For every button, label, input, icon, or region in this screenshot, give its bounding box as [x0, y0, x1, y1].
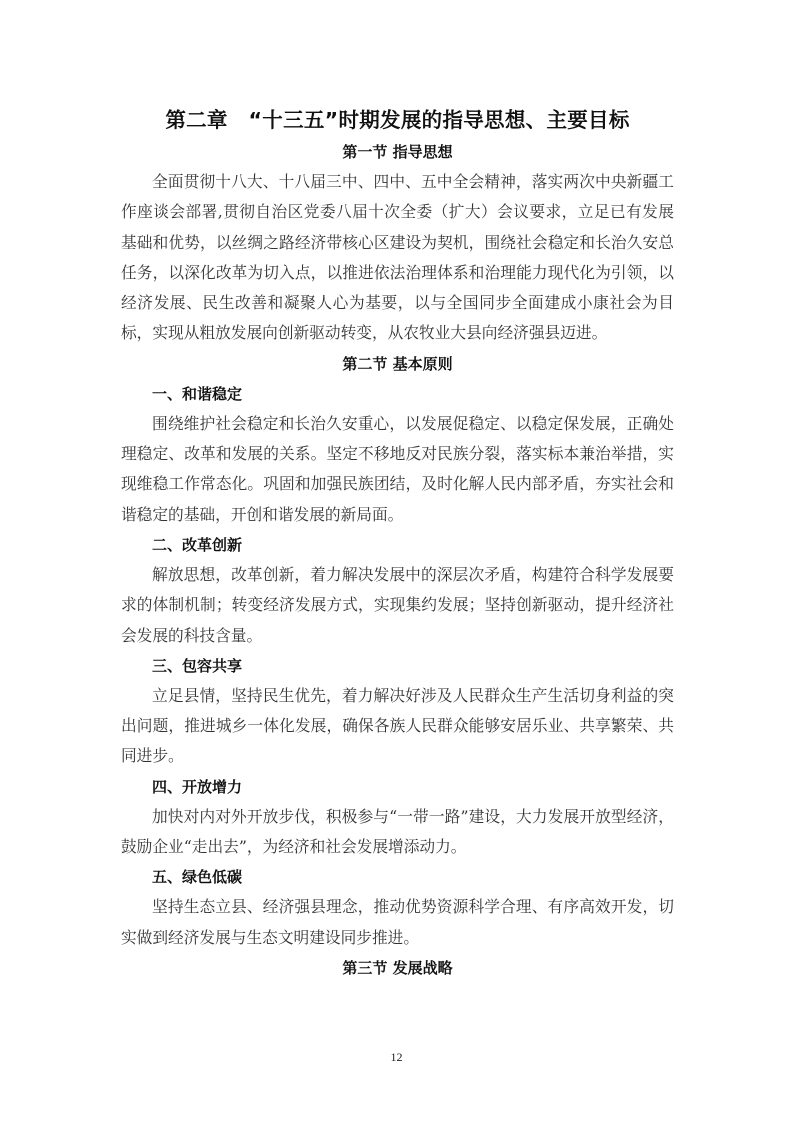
principle-text-inclusive: 立足县情，坚持民生优先，着力解决好涉及人民群众生产生活切身利益的突出问题，推进城…: [121, 681, 674, 772]
document-page: 第二章 “十三五”时期发展的指导思想、主要目标 第一节 指导思想 全面贯彻十八大…: [0, 0, 793, 1122]
principle-text-harmony: 围绕维护社会稳定和长治久安重心，以发展促稳定、以稳定保发展，正确处理稳定、改革和…: [121, 409, 674, 530]
principle-heading-harmony: 一、和谐稳定: [121, 379, 674, 409]
principle-heading-inclusive: 三、包容共享: [121, 651, 674, 681]
section-title-basic-principles: 第二节 基本原则: [121, 349, 674, 379]
section-title-guiding-ideology: 第一节 指导思想: [121, 137, 674, 167]
section-title-development-strategy: 第三节 发展战略: [121, 953, 674, 983]
principle-text-reform: 解放思想，改革创新，着力解决发展中的深层次矛盾，构建符合科学发展要求的体制机制；…: [121, 560, 674, 651]
paragraph-guiding-ideology: 全面贯彻十八大、十八届三中、四中、五中全会精神，落实两次中央新疆工作座谈会部署,…: [121, 167, 674, 349]
principle-heading-reform: 二、改革创新: [121, 530, 674, 560]
principle-heading-opening: 四、开放增力: [121, 772, 674, 802]
page-number: 12: [0, 1050, 793, 1065]
principle-text-opening: 加快对内对外开放步伐，积极参与“一带一路”建设，大力发展开放型经济，鼓励企业“走…: [121, 802, 674, 863]
page-content: 第二章 “十三五”时期发展的指导思想、主要目标 第一节 指导思想 全面贯彻十八大…: [121, 103, 674, 983]
principle-heading-green: 五、绿色低碳: [121, 862, 674, 892]
chapter-title: 第二章 “十三五”时期发展的指导思想、主要目标: [121, 103, 674, 137]
principle-text-green: 坚持生态立县、经济强县理念，推动优势资源科学合理、有序高效开发，切实做到经济发展…: [121, 892, 674, 953]
